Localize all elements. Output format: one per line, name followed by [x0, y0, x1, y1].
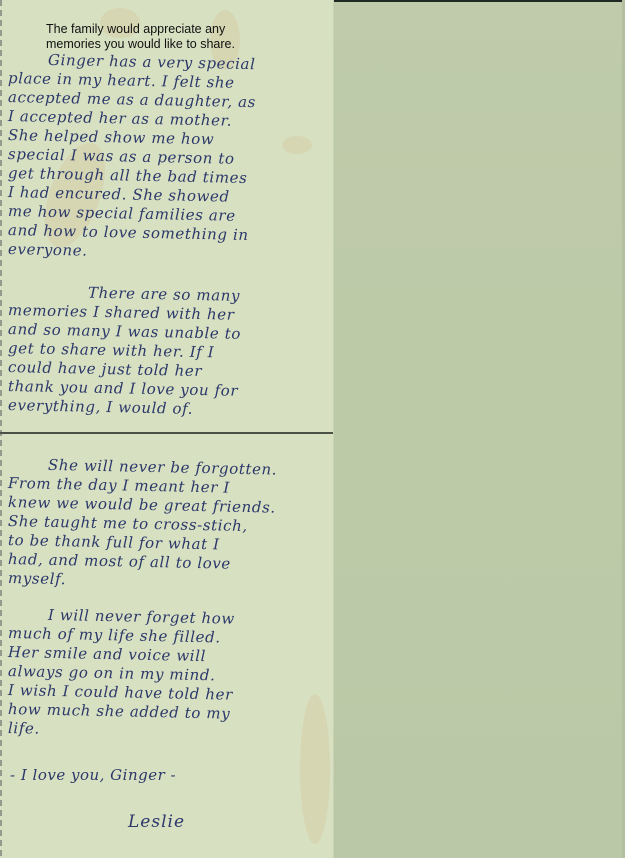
handwritten-paragraph-2: There are so many memories I shared with… [8, 282, 326, 415]
scan-top-edge [333, 0, 625, 2]
header-line-1: The family would appreciate any [46, 22, 306, 37]
closing-line: - I love you, Ginger - [10, 766, 176, 784]
signature: Leslie [128, 812, 185, 832]
handwritten-paragraph-1: Ginger has a very special place in my he… [8, 50, 326, 259]
scan-left-margin [0, 0, 2, 858]
card-header: The family would appreciate any memories… [46, 22, 306, 52]
handwritten-paragraph-3: She will never be forgotten. From the da… [8, 455, 326, 588]
handwritten-paragraph-4: I will never forget how much of my life … [8, 605, 326, 738]
